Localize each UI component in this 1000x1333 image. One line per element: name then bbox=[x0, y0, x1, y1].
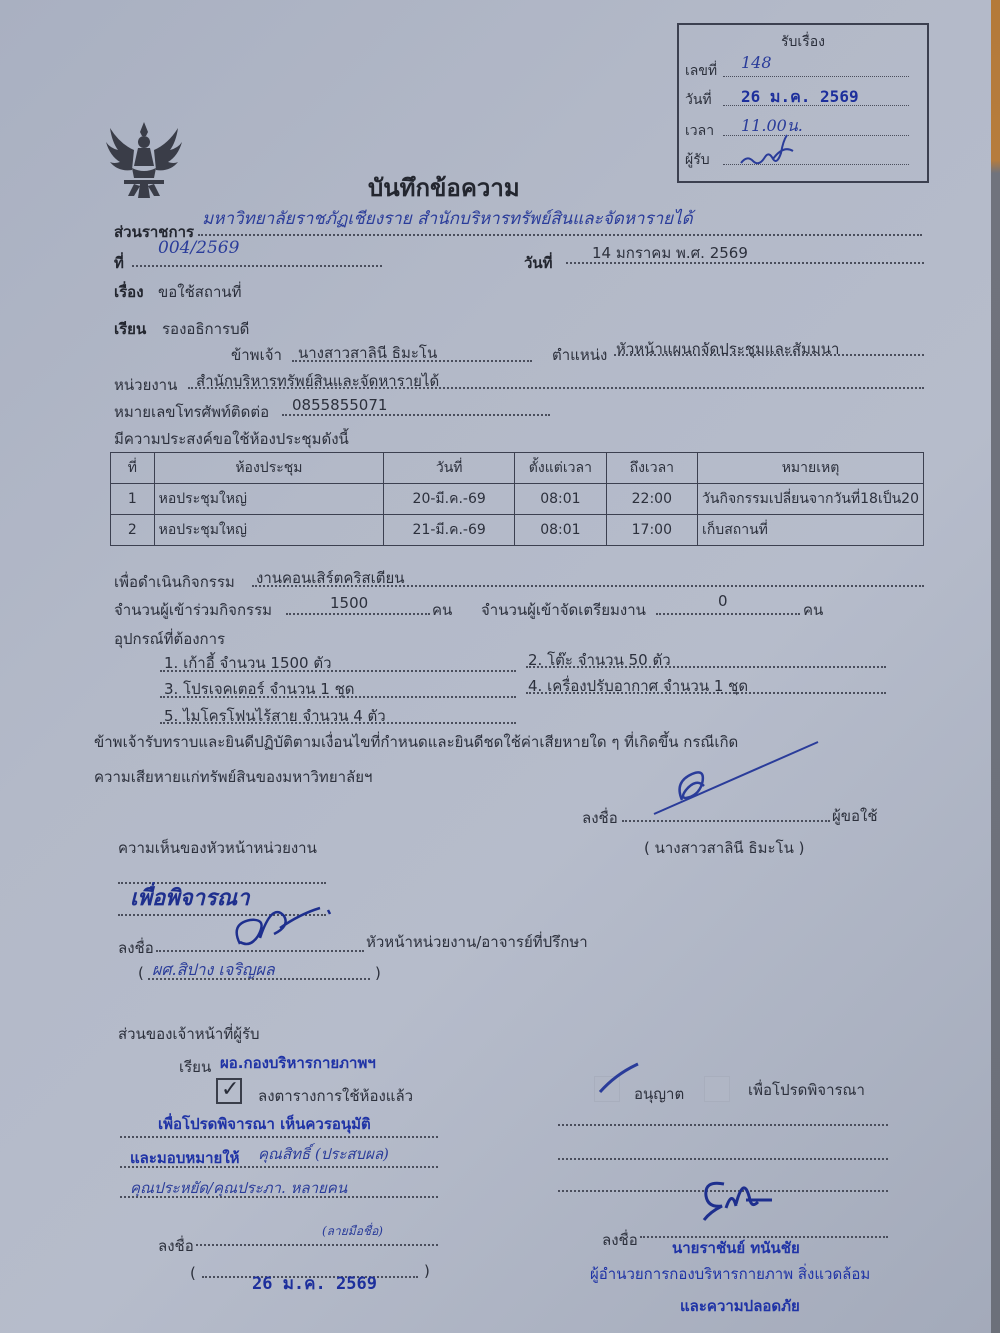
rooms-table: ที่ ห้องประชุม วันที่ ตั้งแต่เวลา ถึงเวล… bbox=[110, 452, 924, 546]
ref-label: ที่ bbox=[114, 251, 124, 275]
receiver-signature-icon bbox=[737, 133, 807, 173]
requester-role: ผู้ขอใช้ bbox=[832, 804, 878, 828]
document-title: บันทึกข้อความ bbox=[368, 168, 520, 207]
consider-label: เพื่อโปรดพิจารณา bbox=[748, 1078, 865, 1102]
receipt-number-value: 148 bbox=[741, 53, 772, 72]
receipt-date-label: วันที่ bbox=[685, 89, 712, 111]
officer-date-open: ( bbox=[190, 1264, 196, 1282]
unit-label: หน่วยงาน bbox=[114, 373, 177, 397]
cell-from: 08:01 bbox=[515, 484, 606, 515]
checkmark-icon: ✓ bbox=[221, 1077, 239, 1102]
phone-label: หมายเลขโทรศัพท์ติดต่อ bbox=[114, 400, 269, 424]
approve-label: อนุญาต bbox=[634, 1082, 684, 1106]
requester-sign-label: ลงชื่อ bbox=[582, 806, 618, 830]
receipt-stamp-box: รับเรื่อง เลขที่ 148 วันที่ 26 ม.ค. 2569… bbox=[677, 23, 929, 183]
officer-date-close: ) bbox=[424, 1262, 430, 1280]
cell-to: 22:00 bbox=[606, 484, 697, 515]
col-from: ตั้งแต่เวลา bbox=[515, 453, 606, 484]
head-name-open: ( bbox=[138, 964, 144, 982]
participants-value: 1500 bbox=[330, 594, 368, 612]
equipment-item: 5. ไมโครโฟนไร้สาย จำนวน 4 ตัว bbox=[164, 704, 386, 728]
cell-room: หอประชุมใหญ่ bbox=[154, 484, 384, 515]
officer-sign-label: ลงชื่อ bbox=[158, 1234, 194, 1258]
scheduled-checkbox[interactable]: ✓ bbox=[216, 1078, 242, 1104]
officer-date-value: 26 ม.ค. 2569 bbox=[252, 1270, 377, 1297]
director-signature-icon bbox=[696, 1176, 776, 1228]
cell-no: 2 bbox=[111, 515, 155, 546]
requester-label: ข้าพเจ้า bbox=[231, 343, 282, 367]
phone-value: 0855855071 bbox=[292, 396, 387, 414]
officer-to-value: ผอ.กองบริหารกายภาพฯ bbox=[220, 1051, 376, 1075]
receipt-date-value: 26 ม.ค. 2569 bbox=[741, 85, 859, 110]
scheduled-label: ลงตารางการใช้ห้องแล้ว bbox=[258, 1084, 413, 1108]
subject-value: ขอใช้สถานที่ bbox=[158, 280, 242, 304]
participants-unit: คน bbox=[432, 598, 452, 622]
officer-note-line-2-hand: คุณสิทธิ์ (ประสบผล) bbox=[258, 1142, 389, 1166]
agency-value: มหาวิทยาลัยราชภัฏเชียงราย สำนักบริหารทรั… bbox=[202, 205, 693, 232]
staff-label: จำนวนผู้เข้าจัดเตรียมงาน bbox=[481, 598, 646, 622]
head-sign-label: ลงชื่อ bbox=[118, 936, 154, 960]
date-label: วันที่ bbox=[524, 251, 553, 275]
ref-value: 004/2569 bbox=[158, 238, 239, 258]
table-row: 2 หอประชุมใหญ่ 21-มี.ค.-69 08:01 17:00 เ… bbox=[111, 515, 924, 546]
head-role: หัวหน้าหน่วยงาน/อาจารย์ที่ปรึกษา bbox=[366, 930, 588, 954]
equipment-item: 2. โต๊ะ จำนวน 50 ตัว bbox=[528, 648, 671, 672]
col-no: ที่ bbox=[111, 453, 155, 484]
officer-to-label: เรียน bbox=[179, 1055, 211, 1079]
head-opinion-title: ความเห็นของหัวหน้าหน่วยงาน bbox=[118, 836, 317, 860]
cell-room: หอประชุมใหญ่ bbox=[154, 515, 384, 546]
staff-unit: คน bbox=[803, 598, 823, 622]
cell-to: 17:00 bbox=[606, 515, 697, 546]
receipt-number-label: เลขที่ bbox=[685, 60, 717, 82]
col-note: หมายเหตุ bbox=[698, 453, 924, 484]
cell-note: วันกิจกรรมเปลี่ยนจากวันที่18เป็น20 bbox=[698, 484, 924, 515]
receipt-time-label: เวลา bbox=[685, 120, 714, 142]
officer-section-title: ส่วนของเจ้าหน้าที่ผู้รับ bbox=[118, 1022, 260, 1046]
cell-from: 08:01 bbox=[515, 515, 606, 546]
agreement-line-2: ความเสียหายแก่ทรัพย์สินของมหาวิทยาลัยฯ bbox=[94, 765, 372, 789]
equipment-item: 4. เครื่องปรับอากาศ จำนวน 1 ชุด bbox=[528, 674, 748, 698]
garuda-emblem-icon bbox=[104, 118, 184, 200]
cell-date: 20-มี.ค.-69 bbox=[384, 484, 515, 515]
receipt-receiver-label: ผู้รับ bbox=[685, 149, 710, 171]
cell-date: 21-มี.ค.-69 bbox=[384, 515, 515, 546]
receipt-title: รับเรื่อง bbox=[679, 31, 927, 53]
director-title-line-1: ผู้อำนวยการกองบริหารกายภาพ สิ่งแวดล้อม bbox=[590, 1262, 870, 1286]
unit-value: สำนักบริหารทรัพย์สินและจัดหารายได้ bbox=[196, 369, 439, 393]
director-title-line-2: และความปลอดภัย bbox=[680, 1294, 800, 1318]
director-sign-label: ลงชื่อ bbox=[602, 1228, 638, 1252]
cell-note: เก็บสถานที่ bbox=[698, 515, 924, 546]
col-room: ห้องประชุม bbox=[154, 453, 384, 484]
table-header-row: ที่ ห้องประชุม วันที่ ตั้งแต่เวลา ถึงเวล… bbox=[111, 453, 924, 484]
consider-checkbox[interactable] bbox=[704, 1076, 730, 1102]
purpose-label: เพื่อดำเนินกิจกรรม bbox=[114, 570, 235, 594]
subject-label: เรื่อง bbox=[114, 280, 144, 304]
requester-name: ( นางสาวสาลินี ธิมะโน ) bbox=[644, 836, 804, 860]
intent-text: มีความประสงค์ขอใช้ห้องประชุมดังนี้ bbox=[114, 427, 349, 451]
participants-label: จำนวนผู้เข้าร่วมกิจกรรม bbox=[114, 598, 272, 622]
director-name: นายราชันย์ ทนันชัย bbox=[672, 1236, 800, 1260]
col-date: วันที่ bbox=[384, 453, 515, 484]
staff-value: 0 bbox=[718, 592, 728, 610]
table-row: 1 หอประชุมใหญ่ 20-มี.ค.-69 08:01 22:00 ว… bbox=[111, 484, 924, 515]
to-value: รองอธิการบดี bbox=[162, 317, 249, 341]
to-label: เรียน bbox=[114, 317, 146, 341]
background-edge bbox=[991, 0, 1000, 1333]
officer-note-line-1: เพื่อโปรดพิจารณา เห็นควรอนุมัติ bbox=[158, 1112, 371, 1136]
cell-no: 1 bbox=[111, 484, 155, 515]
requester-signature-icon bbox=[640, 736, 830, 820]
position-label: ตำแหน่ง bbox=[552, 343, 607, 367]
officer-signature: (ลายมือชื่อ) bbox=[322, 1222, 383, 1241]
col-to: ถึงเวลา bbox=[606, 453, 697, 484]
position-value: หัวหน้าแผนกจัดประชุมและสัมมนา bbox=[616, 337, 839, 361]
equipment-label: อุปกรณ์ที่ต้องการ bbox=[114, 627, 225, 651]
head-name-close: ) bbox=[375, 964, 381, 982]
